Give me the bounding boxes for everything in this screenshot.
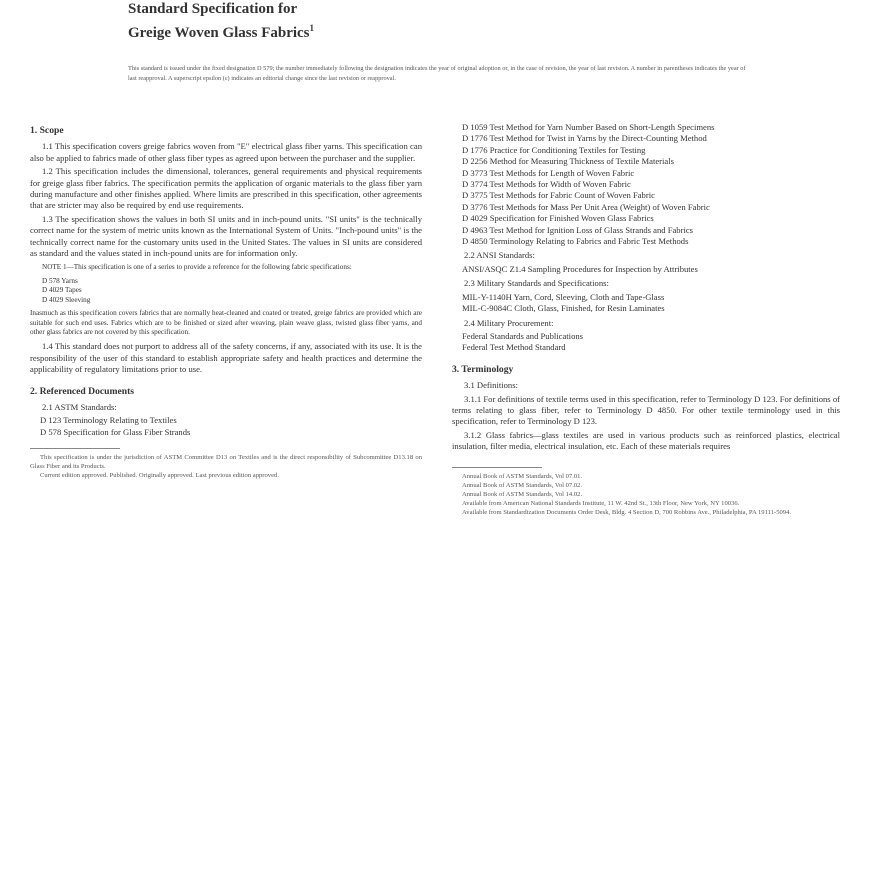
reference-item: D 3775 Test Methods for Fabric Count of … [452, 190, 840, 201]
reference-item: ANSI/ASQC Z1.4 Sampling Procedures for I… [452, 264, 840, 275]
footnote-divider [452, 467, 542, 468]
reference-item: MIL-Y-1140H Yarn, Cord, Sleeving, Cloth … [452, 292, 840, 303]
reference-item: D 578 Specification for Glass Fiber Stra… [30, 427, 422, 438]
reference-item: D 123 Terminology Relating to Textiles [30, 415, 422, 426]
title-line-2: Greige Woven Glass Fabrics1 [128, 19, 314, 43]
section-heading: 1. Scope [30, 125, 422, 136]
note-item: D 578 Yarns [30, 277, 422, 286]
paragraph: 2.4 Military Procurement: [452, 318, 840, 329]
reference-item: D 3776 Test Methods for Mass Per Unit Ar… [452, 202, 840, 213]
paragraph: 2.1 ASTM Standards: [30, 402, 422, 413]
title-line-1: Standard Specification for [128, 0, 314, 19]
reference-item: D 4029 Specification for Finished Woven … [452, 213, 840, 224]
footnote: This specification is under the jurisdic… [30, 453, 422, 471]
paragraph: 3.1 Definitions: [452, 380, 840, 391]
paragraph: 3.1.2 Glass fabrics—glass textiles are u… [452, 430, 840, 453]
paragraph: 1.1 This specification covers greige fab… [30, 141, 422, 164]
footnote: Annual Book of ASTM Standards, Vol 07.01… [452, 472, 840, 481]
paragraph: 1.2 This specification includes the dime… [30, 166, 422, 212]
reference-item: D 3774 Test Methods for Width of Woven F… [452, 179, 840, 190]
paragraph: 3.1.1 For definitions of textile terms u… [452, 394, 840, 428]
reference-item: Federal Standards and Publications [452, 331, 840, 342]
footnote: Available from American National Standar… [452, 499, 840, 508]
reference-item: D 2256 Method for Measuring Thickness of… [452, 156, 840, 167]
reference-item: D 1059 Test Method for Yarn Number Based… [452, 122, 840, 133]
reference-item: D 1776 Practice for Conditioning Textile… [452, 145, 840, 156]
footnote-divider [30, 448, 120, 449]
reference-item: D 4963 Test Method for Ignition Loss of … [452, 225, 840, 236]
paragraph: 1.3 The specification shows the values i… [30, 214, 422, 260]
note: NOTE 1—This specification is one of a se… [30, 263, 422, 272]
left-column: 1. Scope 1.1 This specification covers g… [30, 122, 422, 480]
note-continuation: Inasmuch as this specification covers fa… [30, 309, 422, 337]
right-column: D 1059 Test Method for Yarn Number Based… [452, 122, 840, 517]
paragraph: 2.2 ANSI Standards: [452, 250, 840, 261]
footnote: Annual Book of ASTM Standards, Vol 07.02… [452, 481, 840, 490]
designation-note: This standard is issued under the fixed … [128, 64, 753, 84]
section-heading: 2. Referenced Documents [30, 386, 422, 397]
reference-item: Federal Test Method Standard [452, 342, 840, 353]
reference-item: D 3773 Test Methods for Length of Woven … [452, 168, 840, 179]
footnote: Available from Standardization Documents… [452, 508, 840, 517]
footnote: Current edition approved. Published. Ori… [30, 471, 422, 480]
footnote: Annual Book of ASTM Standards, Vol 14.02… [452, 490, 840, 499]
section-heading: 3. Terminology [452, 364, 840, 375]
note-item: D 4029 Tapes [30, 286, 422, 295]
note-item: D 4029 Sleeving [30, 296, 422, 305]
reference-item: D 1776 Test Method for Twist in Yarns by… [452, 133, 840, 144]
document-title: Standard Specification for Greige Woven … [128, 0, 314, 43]
reference-item: MIL-C-9084C Cloth, Glass, Finished, for … [452, 303, 840, 314]
paragraph: 2.3 Military Standards and Specification… [452, 278, 840, 289]
reference-item: D 4850 Terminology Relating to Fabrics a… [452, 236, 840, 247]
paragraph: 1.4 This standard does not purport to ad… [30, 341, 422, 375]
